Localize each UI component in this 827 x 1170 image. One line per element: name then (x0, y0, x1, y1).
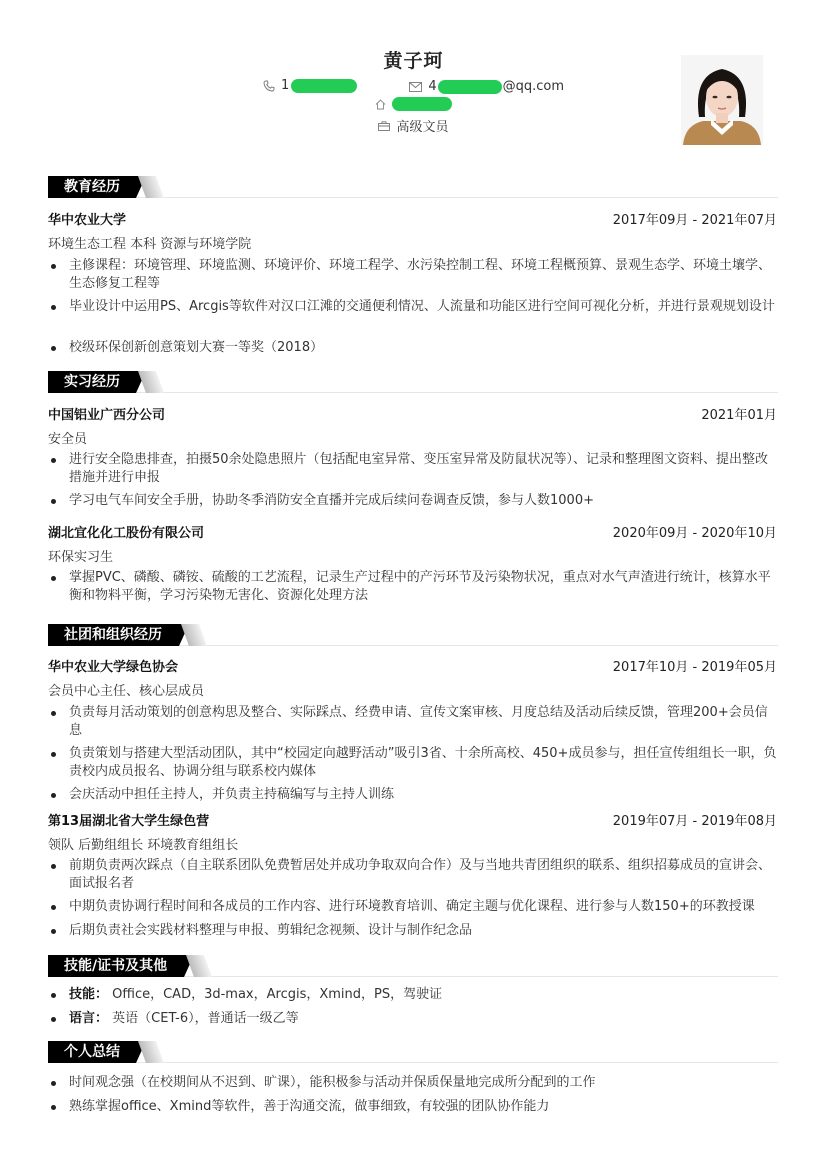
education-date: 2017年09月 - 2021年07月 (613, 209, 777, 228)
section-title: 实习经历 (48, 371, 136, 393)
resume-header: 黄子珂 1 4 @qq.com 高级文员 (0, 0, 827, 160)
company-name: 中国铝业广西分公司 (48, 404, 165, 423)
club-role: 领队 后勤组组长 环境教育组组长 (48, 834, 238, 853)
internship-bullet: 学习电气车间安全手册，协助冬季消防安全直播并完成后续问卷调查反馈，参与人数100… (48, 492, 778, 510)
internship-role: 安全员 (48, 428, 87, 447)
position-title: 高级文员 (396, 116, 448, 135)
internship-bullet: 掌握PVC、磷酸、磷铵、硫酸的工艺流程，记录生产过程中的产污环节及污染物状况，重… (48, 569, 778, 605)
skill-value: 英语（CET-6），普通话一级乙等 (108, 1011, 299, 1026)
email-prefix: 4 (428, 79, 436, 94)
summary-bullet: 时间观念强（在校期间从不迟到、旷课），能积极参与活动并保质保量地完成所分配到的工… (48, 1074, 778, 1092)
skill-item: 语言： 英语（CET-6），普通话一级乙等 (48, 1010, 778, 1028)
education-bullet: 主修课程：环境管理、环境监测、环境评价、环境工程学、水污染控制工程、环境工程概预… (48, 257, 778, 293)
club-bullet: 后期负责社会实践材料整理与申报、剪辑纪念视频、设计与制作纪念品 (48, 922, 778, 940)
club-role: 会员中心主任、核心层成员 (48, 680, 204, 699)
phone-contact: 1 (263, 78, 357, 93)
club-bullet: 负责每月活动策划的创意构思及整合、实际踩点、经费申请、宣传文案审核、月度总结及活… (48, 704, 778, 740)
briefcase-icon (378, 121, 390, 131)
email-contact: 4 @qq.com (409, 79, 564, 94)
org-name: 第13届湖北省大学生绿色营 (48, 810, 209, 829)
section-header-internship: 实习经历 (48, 371, 778, 393)
skill-value: Office，CAD，3d-max，Arcgis，Xmind，PS，驾驶证 (108, 987, 442, 1002)
club-bullet: 负责策划与搭建大型活动团队，其中“校园定向越野活动”吸引3省、十余所高校、450… (48, 745, 778, 781)
section-title: 社团和组织经历 (48, 624, 179, 646)
phone-prefix: 1 (281, 78, 289, 93)
address-contact (375, 97, 452, 111)
phone-redaction (291, 79, 357, 93)
section-title: 技能/证书及其他 (48, 955, 184, 977)
club-date: 2019年07月 - 2019年08月 (613, 810, 777, 829)
address-redaction (392, 97, 452, 111)
skill-label: 技能： (69, 987, 108, 1002)
education-bullet: 毕业设计中运用PS、Arcgis等软件对汉口江滩的交通便利情况、人流量和功能区进… (48, 298, 778, 316)
education-bullet: 校级环保创新创意策划大赛一等奖（2018） (48, 339, 778, 357)
internship-role: 环保实习生 (48, 546, 113, 565)
section-header-skills: 技能/证书及其他 (48, 955, 778, 977)
internship-date: 2021年01月 (701, 404, 777, 423)
section-header-summary: 个人总结 (48, 1041, 778, 1063)
section-title: 个人总结 (48, 1041, 136, 1063)
mail-icon (409, 82, 422, 92)
email-redaction (438, 80, 502, 94)
club-bullet: 会庆活动中担任主持人，并负责主持稿编写与主持人训练 (48, 786, 778, 804)
club-date: 2017年10月 - 2019年05月 (613, 656, 777, 675)
section-header-clubs: 社团和组织经历 (48, 624, 778, 646)
org-name: 华中农业大学绿色协会 (48, 656, 178, 675)
skill-label: 语言： (69, 1011, 108, 1026)
section-title: 教育经历 (48, 176, 136, 198)
education-major: 环境生态工程 本科 资源与环境学院 (48, 233, 251, 252)
position-contact: 高级文员 (378, 116, 448, 135)
school-name: 华中农业大学 (48, 209, 126, 228)
section-header-education: 教育经历 (48, 176, 778, 198)
club-bullet: 中期负责协调行程时间和各成员的工作内容、进行环境教育培训、确定主题与优化课程、进… (48, 898, 778, 916)
profile-photo (681, 55, 763, 145)
internship-bullet: 进行安全隐患排查，拍摄50余处隐患照片（包括配电室异常、变压室异常及防鼠状况等）… (48, 451, 778, 487)
skill-item: 技能： Office，CAD，3d-max，Arcgis，Xmind，PS，驾驶… (48, 986, 778, 1004)
internship-date: 2020年09月 - 2020年10月 (613, 522, 777, 541)
summary-bullet: 熟练掌握office、Xmind等软件，善于沟通交流，做事细致，有较强的团队协作… (48, 1098, 778, 1116)
home-icon (375, 99, 386, 110)
email-suffix: @qq.com (503, 79, 564, 94)
phone-icon (263, 80, 275, 92)
company-name: 湖北宜化化工股份有限公司 (48, 522, 204, 541)
club-bullet: 前期负责两次踩点（自主联系团队免费暂居处并成功争取双向合作）及与当地共青团组织的… (48, 857, 778, 893)
